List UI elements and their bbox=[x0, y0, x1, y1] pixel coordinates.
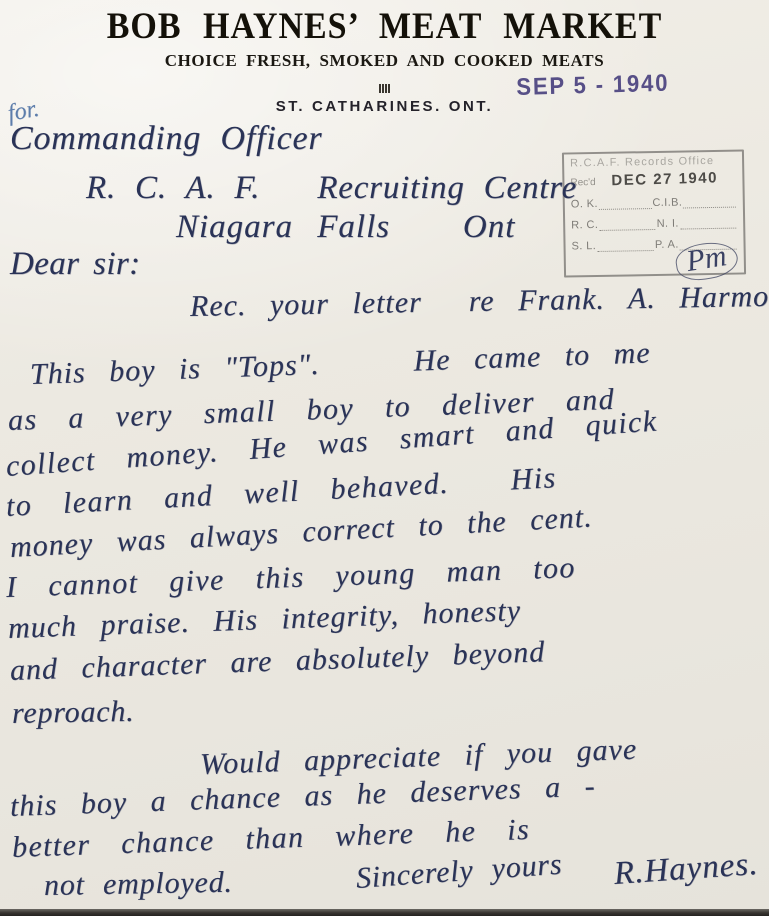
stamp-received-line: Rec'd DEC 27 1940 bbox=[570, 170, 736, 190]
business-name: BOB HAYNES’ MEAT MARKET bbox=[0, 6, 769, 47]
handwritten-body-line: reproach. bbox=[12, 697, 135, 729]
letterhead-tagline: CHOICE FRESH, SMOKED AND COOKED MEATS bbox=[0, 51, 769, 71]
handwritten-body-line: much praise. His integrity, honesty bbox=[7, 596, 521, 644]
received-stamp: R.C.A.F. Records Office Rec'd DEC 27 194… bbox=[562, 149, 746, 277]
stamp-label-pa: P. A. bbox=[655, 239, 679, 251]
handwritten-body-line: This boy is "Tops". He came to me bbox=[29, 338, 651, 390]
stamp-row: R. C. N. I. bbox=[571, 217, 737, 232]
handwritten-signoff: Sincerely yours bbox=[355, 850, 563, 894]
scanned-letter-page: BOB HAYNES’ MEAT MARKET CHOICE FRESH, SM… bbox=[0, 0, 769, 916]
dotted-line bbox=[680, 218, 737, 230]
stamp-label-rc: R. C. bbox=[571, 219, 598, 231]
stamp-row: O. K. C.I.B. bbox=[571, 196, 737, 211]
handwritten-opening-line: Rec. your letter re Frank. A. Harmon bbox=[190, 282, 769, 322]
handwritten-body-line: and character are absolutely beyond bbox=[9, 637, 545, 686]
scan-edge bbox=[0, 909, 769, 916]
stamp-label-ni: N. I. bbox=[657, 218, 679, 230]
dotted-line bbox=[599, 198, 652, 210]
handwritten-salutation: Dear sir: bbox=[10, 248, 141, 281]
handwritten-closing-line: not employed. bbox=[44, 868, 233, 901]
stamp-recd-date: DEC 27 1940 bbox=[611, 169, 718, 189]
dotted-line bbox=[597, 240, 654, 252]
letterhead: BOB HAYNES’ MEAT MARKET CHOICE FRESH, SM… bbox=[0, 8, 769, 115]
dotted-line bbox=[599, 219, 656, 231]
stamp-label-cib: C.I.B. bbox=[652, 197, 682, 210]
date-stamp: SEP 5 - 1940 bbox=[516, 70, 670, 102]
dotted-line bbox=[683, 197, 736, 209]
handwritten-recipient-line: Niagara Falls Ont bbox=[176, 211, 515, 244]
letterhead-city: ST. CATHARINES. ONT. bbox=[0, 98, 769, 115]
signature: R.Haynes. bbox=[613, 848, 760, 891]
stamp-office-line: R.C.A.F. Records Office bbox=[570, 155, 736, 170]
stamp-label-sl: S. L. bbox=[571, 240, 596, 252]
handwritten-recipient-line: R. C. A. F. Recruiting Centre bbox=[86, 172, 577, 205]
handwritten-recipient-line: Commanding Officer bbox=[10, 122, 322, 156]
